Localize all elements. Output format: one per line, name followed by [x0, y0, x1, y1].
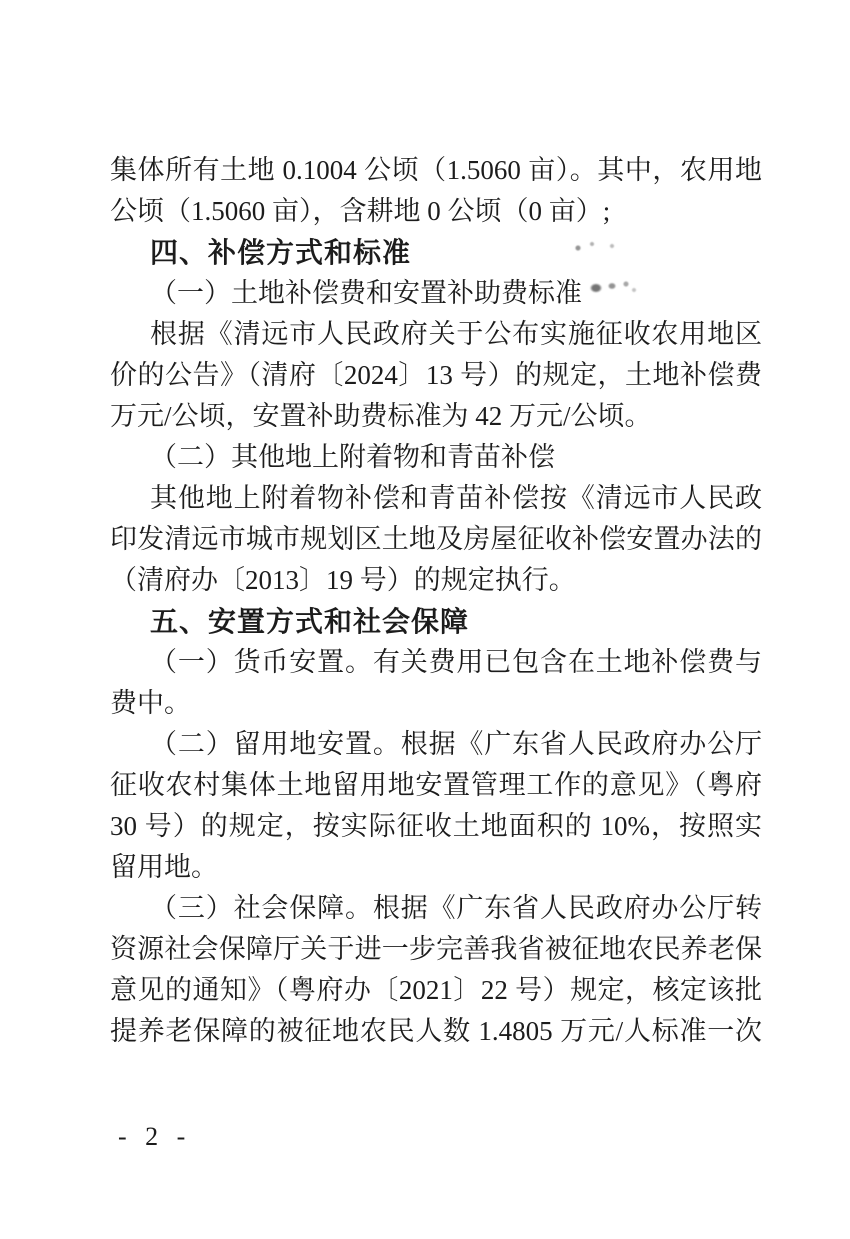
document-line: 价的公告》（清府〔2024〕13 号）的规定，土地补偿费标准为 40.5 [110, 355, 762, 396]
document-line: 印发清远市城市规划区土地及房屋征收补偿安置办法的通知》 [110, 519, 762, 560]
document-line: （二）留用地安置。根据《广东省人民政府办公厅关于加强 [110, 724, 762, 765]
document-line: 30 号）的规定，按实际征收土地面积的 10%，按照实地留地安排 [110, 806, 762, 847]
document-line: 留用地。 [110, 847, 762, 888]
document-line: 集体所有土地 0.1004 公顷（1.5060 亩）。其中，农用地 0.1004 [110, 150, 762, 191]
document-line: 其他地上附着物补偿和青苗补偿按《清远市人民政府办公室 [110, 478, 762, 519]
document-line: 资源社会保障厅关于进一步完善我省被征地农民养老保障政策 [110, 929, 762, 970]
document-line: 万元/公顷，安置补助费标准为 42 万元/公顷。 [110, 396, 762, 437]
document-body: 集体所有土地 0.1004 公顷（1.5060 亩）。其中，农用地 0.1004… [110, 150, 762, 1052]
document-line: （三）社会保障。根据《广东省人民政府办公厅转发省人力 [110, 888, 762, 929]
document-line: 征收农村集体土地留用地安置管理工作的意见》（粤府办〔2016〕 [110, 765, 762, 806]
document-line: （清府办〔2013〕19 号）的规定执行。 [110, 560, 762, 601]
document-line: 提养老保障的被征地农民人数 1.4805 万元/人标准一次性计提 [110, 1011, 762, 1052]
subsection-heading: （一）土地补偿费和安置补助费标准 [110, 273, 762, 314]
section-heading: 五、安置方式和社会保障 [110, 601, 762, 642]
page-number: - 2 - [118, 1122, 191, 1152]
document-line: 公顷（1.5060 亩），含耕地 0 公顷（0 亩）; [110, 191, 762, 232]
document-line: 费中。 [110, 683, 762, 724]
document-line: （一）货币安置。有关费用已包含在土地补偿费与安置补助 [110, 642, 762, 683]
document-page: 集体所有土地 0.1004 公顷（1.5060 亩）。其中，农用地 0.1004… [0, 0, 850, 1239]
document-line: 根据《清远市人民政府关于公布实施征收农用地区片综合地 [110, 314, 762, 355]
section-heading: 四、补偿方式和标准 [110, 232, 762, 273]
document-line: 意见的通知》（粤府办〔2021〕22 号）规定，核定该批次按应计 [110, 970, 762, 1011]
subsection-heading: （二）其他地上附着物和青苗补偿 [110, 437, 762, 478]
